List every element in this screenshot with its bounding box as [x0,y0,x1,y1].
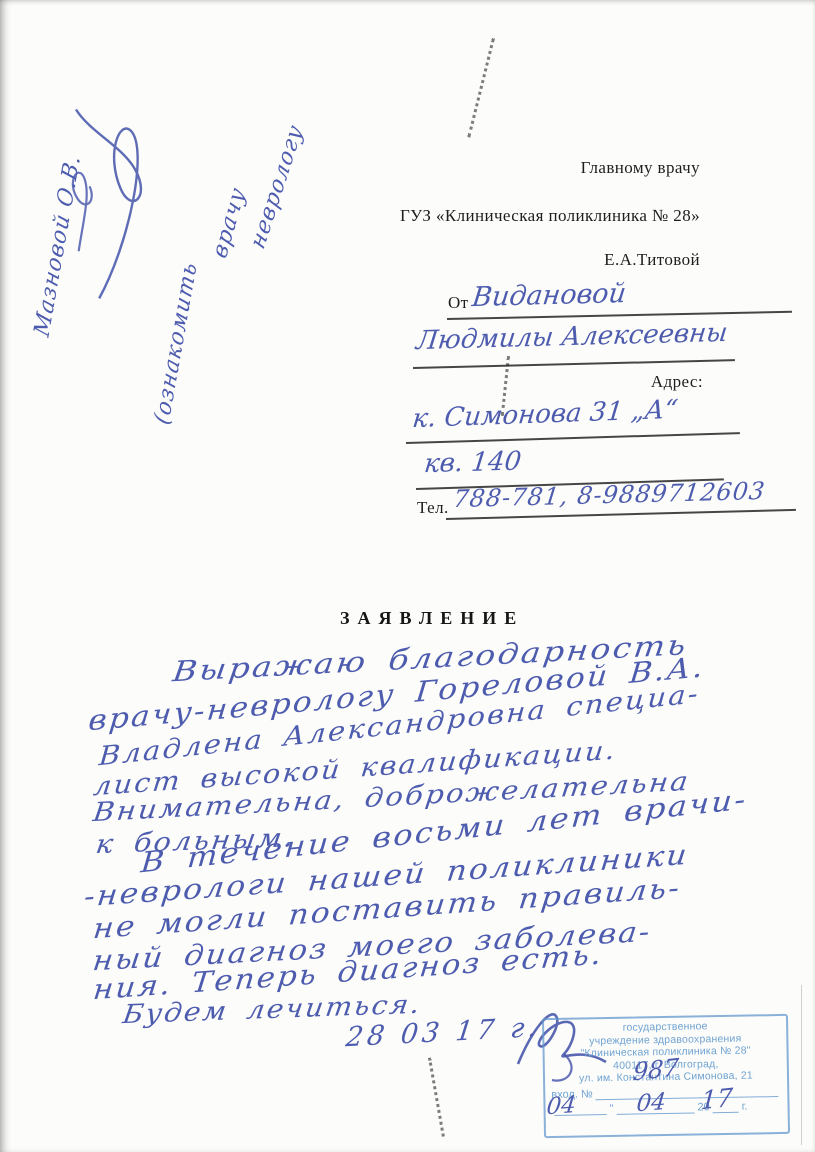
stamp-quote-mark: " [609,1102,613,1114]
signature-line [406,432,740,444]
address-label: Адрес: [651,372,703,392]
scan-artifact-dots-top [467,38,495,138]
margin-note-word-1: врачу [208,183,251,262]
from-name-line-2: Людмилы Алексеевны [415,318,730,356]
scanned-letter-page: Мазновой О.В. (ознакомить врачу невролог… [0,0,815,1152]
from-name-line-1: Видановой [470,278,627,313]
stamp-year-suffix: г. [742,1100,748,1112]
recipient-position: Главному врачу [581,158,700,178]
from-label: От [448,293,469,313]
recipient-name: Е.А.Титовой [604,250,700,270]
stamp-entry-blank [596,1086,779,1100]
stamp-month-handwritten: 04 [635,1089,667,1117]
margin-note-word-2: неврологу [246,120,308,253]
address-line-1: к. Симонова 31 „А“ [411,395,679,434]
document-title: ЗАЯВЛЕНИЕ [340,608,524,629]
page-edge-line [801,985,802,1145]
address-line-2: кв. 140 [423,446,523,479]
stamp-day-handwritten: 04 [545,1092,577,1120]
signature-line [413,359,735,369]
scan-artifact-dots-bottom [428,1057,445,1136]
recipient-organization: ГУЗ «Клиническая поликлиника № 28» [400,206,700,226]
stamp-year-handwritten: 17 [700,1083,734,1116]
phone-label: Тел. [417,498,449,518]
stamp-entry-number-handwritten: 987 [632,1053,680,1086]
phone-value: 788-781, 8-9889712603 [452,477,767,513]
